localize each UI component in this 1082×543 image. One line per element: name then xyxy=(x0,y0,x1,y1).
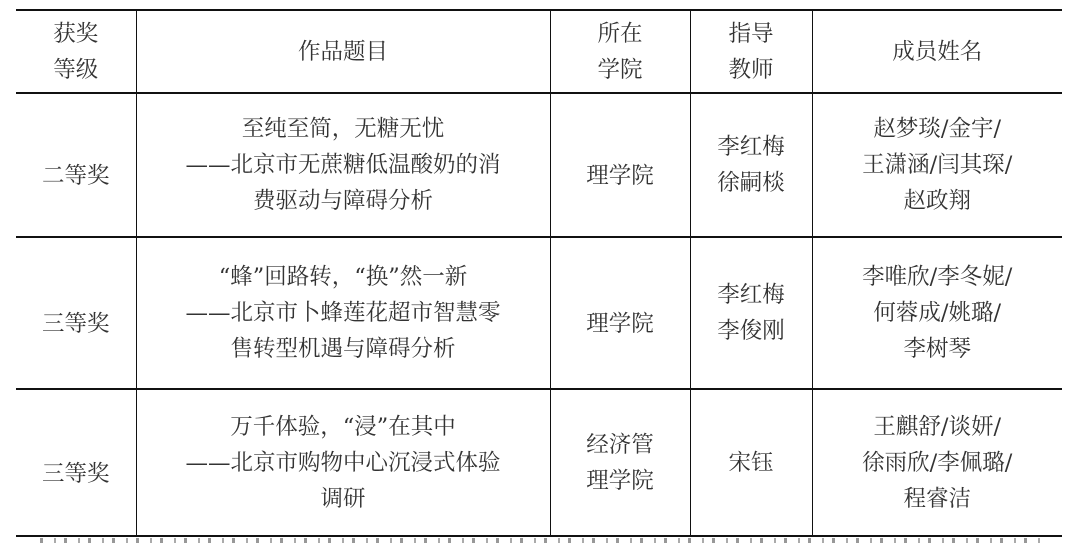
header-text: 学院 xyxy=(551,52,690,88)
members-cell: 王麒舒/谈妍/ 徐雨欣/李佩璐/ 程睿洁 xyxy=(812,389,1062,536)
header-text: 等级 xyxy=(16,52,136,88)
advisor-cell: 李红梅 徐嗣棪 xyxy=(690,93,812,237)
title-line: “蜂”回路转，“换”然一新 xyxy=(137,259,550,295)
advisor-name: 徐嗣棪 xyxy=(691,165,812,201)
award-level-cell: 二等奖 xyxy=(16,93,136,237)
title-line: 调研 xyxy=(137,481,550,517)
advisor-name: 李红梅 xyxy=(691,277,812,313)
members-cell: 赵梦琰/金宇/ 王潇涵/闫其琛/ 赵政翔 xyxy=(812,93,1062,237)
title-line: ——北京市购物中心沉浸式体验 xyxy=(137,445,550,481)
title-line: ——北京市无蔗糖低温酸奶的消 xyxy=(137,147,550,183)
work-title-cell: “蜂”回路转，“换”然一新 ——北京市卜蜂莲花超市智慧零 售转型机遇与障碍分析 xyxy=(136,237,550,389)
table-header-row: 获奖 等级 作品题目 所在 学院 指导 教师 成员姓名 xyxy=(16,10,1062,93)
award-level-cell: 三等奖 xyxy=(16,389,136,536)
advisor-name: 李俊刚 xyxy=(691,313,812,349)
header-text: 作品题目 xyxy=(137,34,550,70)
college-name: 理学院 xyxy=(551,158,690,194)
title-line: ——北京市卜蜂莲花超市智慧零 xyxy=(137,295,550,331)
header-text: 获奖 xyxy=(16,16,136,52)
college-name: 理学院 xyxy=(551,306,690,342)
award-level-cell: 三等奖 xyxy=(16,237,136,389)
advisor-name: 李红梅 xyxy=(691,129,812,165)
work-title-cell: 万千体验，“浸”在其中 ——北京市购物中心沉浸式体验 调研 xyxy=(136,389,550,536)
college-cell: 经济管 理学院 xyxy=(550,389,690,536)
table-row: 三等奖 “蜂”回路转，“换”然一新 ——北京市卜蜂莲花超市智慧零 售转型机遇与障… xyxy=(16,237,1062,389)
award-level: 三等奖 xyxy=(16,306,136,342)
title-line: 售转型机遇与障碍分析 xyxy=(137,331,550,367)
table-row: 三等奖 万千体验，“浸”在其中 ——北京市购物中心沉浸式体验 调研 经济管 理学… xyxy=(16,389,1062,536)
header-award-level: 获奖 等级 xyxy=(16,10,136,93)
work-title-cell: 至纯至简，无糖无忧 ——北京市无蔗糖低温酸奶的消 费驱动与障碍分析 xyxy=(136,93,550,237)
title-line: 费驱动与障碍分析 xyxy=(137,183,550,219)
members-line: 何蓉成/姚璐/ xyxy=(813,295,1063,331)
header-text: 指导 xyxy=(691,16,812,52)
members-line: 王麒舒/谈妍/ xyxy=(813,409,1063,445)
header-members: 成员姓名 xyxy=(812,10,1062,93)
award-level: 三等奖 xyxy=(16,456,136,492)
members-line: 程睿洁 xyxy=(813,481,1063,517)
clipped-paragraph-text xyxy=(40,538,1040,543)
college-cell: 理学院 xyxy=(550,237,690,389)
award-level: 二等奖 xyxy=(16,158,136,194)
header-text: 成员姓名 xyxy=(813,34,1063,70)
college-name: 理学院 xyxy=(551,463,690,499)
members-line: 赵梦琰/金宇/ xyxy=(813,111,1063,147)
college-cell: 理学院 xyxy=(550,93,690,237)
header-advisor: 指导 教师 xyxy=(690,10,812,93)
title-line: 至纯至简，无糖无忧 xyxy=(137,111,550,147)
header-college: 所在 学院 xyxy=(550,10,690,93)
header-text: 所在 xyxy=(551,16,690,52)
members-line: 徐雨欣/李佩璐/ xyxy=(813,445,1063,481)
table-row: 二等奖 至纯至简，无糖无忧 ——北京市无蔗糖低温酸奶的消 费驱动与障碍分析 理学… xyxy=(16,93,1062,237)
advisor-cell: 李红梅 李俊刚 xyxy=(690,237,812,389)
members-cell: 李唯欣/李冬妮/ 何蓉成/姚璐/ 李树琴 xyxy=(812,237,1062,389)
members-line: 李唯欣/李冬妮/ xyxy=(813,259,1063,295)
college-name: 经济管 xyxy=(551,427,690,463)
members-line: 李树琴 xyxy=(813,331,1063,367)
award-table: 获奖 等级 作品题目 所在 学院 指导 教师 成员姓名 二等奖 至 xyxy=(16,9,1062,537)
header-text: 教师 xyxy=(691,52,812,88)
members-line: 王潇涵/闫其琛/ xyxy=(813,147,1063,183)
header-work-title: 作品题目 xyxy=(136,10,550,93)
advisor-name: 宋钰 xyxy=(691,445,812,481)
title-line: 万千体验，“浸”在其中 xyxy=(137,409,550,445)
document-page: 获奖 等级 作品题目 所在 学院 指导 教师 成员姓名 二等奖 至 xyxy=(0,0,1082,543)
advisor-cell: 宋钰 xyxy=(690,389,812,536)
members-line: 赵政翔 xyxy=(813,183,1063,219)
